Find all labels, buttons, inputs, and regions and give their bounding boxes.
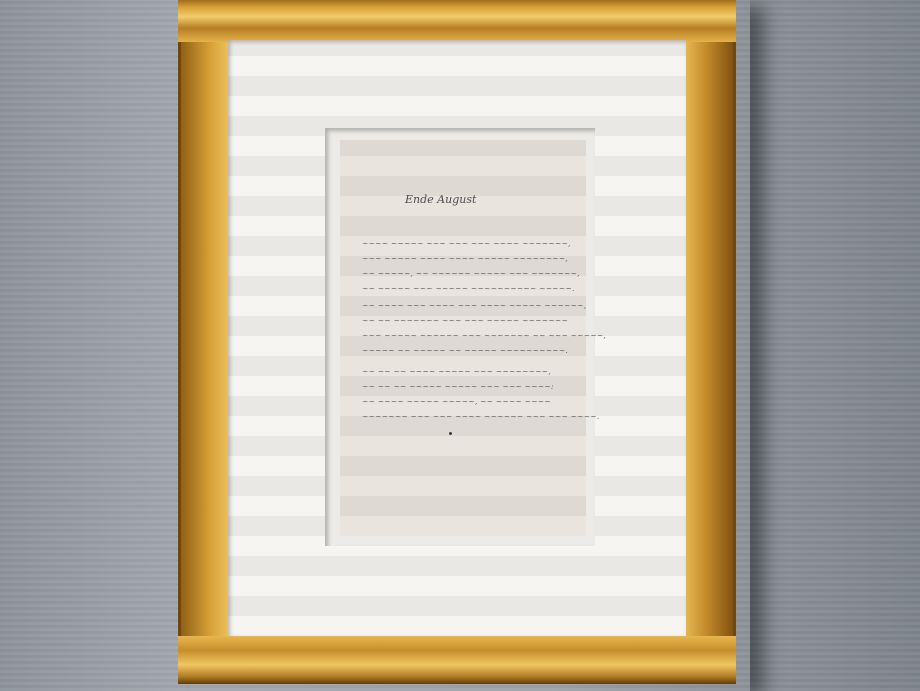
- stanza-2: ~~ ~~~~ ~~~ ~~~~ ~~~ ~~~~ ~~~~~ ~~~~~~, …: [362, 298, 606, 358]
- stanza-line: ~~~~ ~~~~~ ~~~ ~~~ ~~~ ~~~~ ~~~~~~~,: [362, 236, 580, 251]
- stanza-line: ~~~ ~~~~~ ~~~~ ~~~~ ~~~~~ ~~~~~~~~,: [362, 251, 580, 266]
- stanza-line: ~~ ~~~~ ~~~~~ ~~~~~, ~~ ~~~~ ~~~~: [362, 394, 599, 409]
- stanza-3: ~~ ~~ ~~ ~~~~ ~~~~~ ~~~ ~~~~~~~~, ~~ ~~ …: [362, 364, 599, 424]
- stanza-line: ~~~~~ ~~ ~~~~~ ~~ ~~~~~ ~~~~~~~~~~.: [362, 343, 606, 358]
- stanza-line: ~~ ~~~~ ~~~ ~~~~ ~~~ ~~~~ ~~~~~ ~~~~~~,: [362, 298, 606, 313]
- stanza-line: ~~~~~~~ ~~~ ~~~ ~~~~ ~~~~~~ ~~~ ~~~ ~~~~…: [362, 409, 599, 424]
- frame-bottom-rail: [178, 636, 736, 684]
- stanza-line: ~~ ~~~~~, ~~ ~~~~~~ ~~~~~ ~~~ ~~~~~~~,: [362, 266, 580, 281]
- frame-top-rail: [178, 0, 736, 42]
- stanza-1: ~~~~ ~~~~~ ~~~ ~~~ ~~~ ~~~~ ~~~~~~~, ~~~…: [362, 236, 580, 296]
- stanza-line: ~~ ~~ ~~ ~~~~~ ~~~~~ ~~~ ~~~ ~~~~:: [362, 379, 599, 394]
- stanza-line: ~~ ~~ ~~ ~~~~ ~~~~~ ~~~ ~~~~~~~~,: [362, 364, 599, 379]
- manuscript-title: Ende August: [405, 193, 476, 206]
- end-mark: [449, 432, 452, 435]
- stanza-line: ~~ ~~ ~~~~~~~ ~~~ ~~~ ~~~~~ ~~~~~~~: [362, 313, 606, 328]
- stanza-line: ~~ ~~~~~ ~~~ ~~~~~ ~~~~~~~~~~ ~~~~~.: [362, 281, 580, 296]
- stanza-line: ~~~ ~~~~~ ~~~~~~ ~~~ ~~~~~~~ ~~ ~~~ ~~~~…: [362, 328, 606, 343]
